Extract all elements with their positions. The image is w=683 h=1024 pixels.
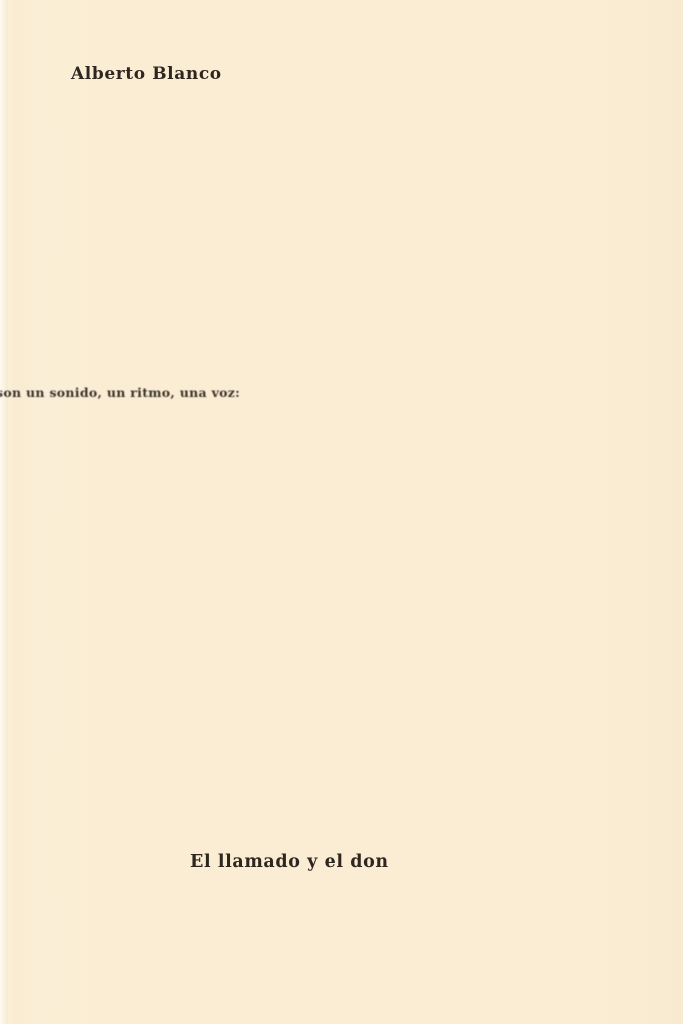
cover-left-edge [0,0,8,1024]
book-title: El llamado y el don [190,852,389,872]
epigraph-line: son un sonido, un ritmo, una voz: [0,385,240,400]
book-cover: Alberto Blanco son un sonido, un ritmo, … [0,0,683,1024]
author-name: Alberto Blanco [71,64,222,84]
